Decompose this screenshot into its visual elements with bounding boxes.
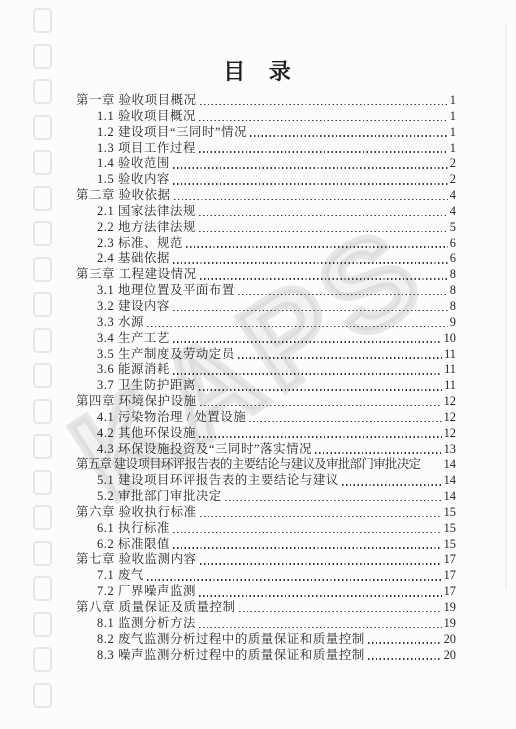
binding-ring	[33, 8, 52, 33]
toc-entry-label: 3.6 能源消耗	[97, 362, 170, 378]
toc-entry-label: 1.3 项目工作过程	[97, 141, 196, 157]
toc-entry: 第五章 建设项目环评报告表的主要结论与建议及审批部门审批决定14	[76, 457, 456, 473]
dot-leader	[239, 611, 442, 613]
toc-entry-label: 7.2 厂界噪声监测	[97, 584, 196, 600]
toc-entry: 3.2 建设内容8	[76, 299, 456, 315]
toc-entry-page-number: 15	[444, 505, 456, 521]
toc-entry-page-number: 6	[450, 251, 456, 267]
dot-leader	[199, 120, 448, 122]
toc-entry-label: 3.4 生产工艺	[97, 331, 170, 347]
toc-entry: 8.3 噪声监测分析过程中的质量保证和质量控制20	[76, 648, 456, 664]
toc-entry: 7.2 厂界噪声监测17	[76, 584, 456, 600]
dot-leader	[200, 405, 442, 407]
toc-entry: 1.1 验收项目概况1	[76, 109, 456, 125]
toc-entry: 1.5 验收内容2	[76, 172, 456, 188]
binding-ring	[33, 505, 52, 530]
toc-entry-label: 4.1 污染物治理 / 处置设施	[97, 410, 246, 426]
toc-entry: 第八章 质量保证及质量控制19	[76, 600, 456, 616]
binding-ring	[33, 683, 52, 708]
document-page: KAPS 目 录 第一章 验收项目概况11.1 验收项目概况11.2 建设项目“…	[0, 0, 516, 729]
dot-leader	[173, 167, 448, 169]
toc-entry-page-number: 14	[444, 473, 456, 489]
toc-entry-label: 第六章 验收执行标准	[76, 505, 197, 521]
dot-leader	[199, 215, 448, 217]
dot-leader	[199, 595, 442, 597]
toc-entry-label: 1.4 验收范围	[97, 156, 170, 172]
dot-leader	[173, 262, 448, 264]
toc-entry-label: 3.2 建设内容	[97, 299, 170, 315]
dot-leader	[200, 278, 448, 280]
toc-entry-label: 4.2 其他环保设施	[97, 426, 196, 442]
dot-leader	[199, 436, 442, 438]
toc-entry-page-number: 10	[444, 331, 456, 347]
toc-entry-label: 2.1 国家法律法规	[97, 204, 196, 220]
toc-entry: 3.3 水源9	[76, 315, 456, 331]
dot-leader	[200, 104, 448, 106]
toc-entry-page-number: 20	[444, 632, 456, 648]
toc-entry-page-number: 8	[450, 283, 456, 299]
binding-ring	[33, 647, 52, 672]
dot-leader	[173, 310, 448, 312]
dot-leader	[250, 135, 448, 137]
dot-leader	[200, 516, 442, 518]
toc-entry-page-number: 1	[450, 93, 456, 109]
toc-entry-label: 第一章 验收项目概况	[76, 93, 197, 109]
binding-ring	[33, 434, 52, 459]
toc-entry-label: 第八章 质量保证及质量控制	[76, 600, 236, 616]
toc-entry: 2.2 地方法律法规5	[76, 220, 456, 236]
dot-leader	[420, 472, 443, 474]
dot-leader	[368, 658, 442, 660]
toc-entry-label: 7.1 废气	[97, 568, 144, 584]
toc-entry-page-number: 14	[444, 457, 456, 473]
toc-entry-page-number: 11	[444, 347, 456, 363]
dot-leader	[238, 357, 442, 359]
dot-leader	[200, 563, 442, 565]
toc-entry: 3.7 卫生防护距离11	[76, 378, 456, 394]
binding-ring	[33, 150, 52, 175]
toc-entry-page-number: 17	[444, 584, 456, 600]
toc-entry-page-number: 12	[444, 426, 456, 442]
toc-entry-label: 1.1 验收项目概况	[97, 109, 196, 125]
toc-entry-page-number: 19	[444, 600, 456, 616]
toc-entry: 3.1 地理位置及平面布置8	[76, 283, 456, 299]
toc-entry-page-number: 1	[450, 125, 456, 141]
toc-entry-page-number: 4	[450, 188, 456, 204]
dot-leader	[199, 151, 448, 153]
toc-entry: 2.4 基础依据6	[76, 251, 456, 267]
toc-entry-page-number: 12	[444, 394, 456, 410]
toc-entry-page-number: 6	[450, 236, 456, 252]
toc-entry: 2.1 国家法律法规4	[76, 204, 456, 220]
toc-entry-page-number: 2	[450, 172, 456, 188]
dot-leader	[238, 294, 448, 296]
toc-entry: 1.3 项目工作过程1	[76, 141, 456, 157]
toc-entry-label: 4.3 环保设施投资及“三同时”落实情况	[97, 442, 312, 458]
toc-entry: 5.2 审批部门审批决定14	[76, 489, 456, 505]
toc-entry: 8.2 废气监测分析过程中的质量保证和质量控制20	[76, 632, 456, 648]
toc-entry: 6.2 标准限值15	[76, 537, 456, 553]
toc-entry-label: 5.2 审批部门审批决定	[97, 489, 222, 505]
binding-ring	[33, 470, 52, 495]
toc-entry: 2.3 标准、规范6	[76, 236, 456, 252]
toc-entry: 4.3 环保设施投资及“三同时”落实情况13	[76, 442, 456, 458]
binding-ring	[33, 363, 52, 388]
dot-leader	[173, 532, 442, 534]
toc-entry-label: 8.3 噪声监测分析过程中的质量保证和质量控制	[97, 648, 365, 664]
dot-leader	[199, 231, 448, 233]
toc-entry-label: 第五章 建设项目环评报告表的主要结论与建议及审批部门审批决定	[76, 457, 420, 473]
toc-entry-page-number: 8	[450, 267, 456, 283]
toc-entry-label: 5.1 建设项目环评报告表的主要结论与建议	[97, 473, 339, 489]
toc-entry: 1.2 建设项目“三同时”情况1	[76, 125, 456, 141]
toc-entry: 3.5 生产制度及劳动定员11	[76, 347, 456, 363]
dot-leader	[173, 547, 442, 549]
binding-ring	[33, 257, 52, 282]
toc-entry: 第七章 验收监测内容17	[76, 552, 456, 568]
toc-entry: 8.1 监测分析方法19	[76, 616, 456, 632]
toc-entry-page-number: 17	[444, 568, 456, 584]
toc-entry-label: 3.5 生产制度及劳动定员	[97, 347, 235, 363]
toc-entry-label: 第二章 验收依据	[76, 188, 171, 204]
toc-entry-label: 1.2 建设项目“三同时”情况	[97, 125, 247, 141]
toc-entry-label: 6.2 标准限值	[97, 537, 170, 553]
dot-leader	[173, 373, 442, 375]
binding-ring	[33, 612, 52, 637]
toc-entry-label: 第七章 验收监测内容	[76, 552, 197, 568]
dot-leader	[199, 389, 442, 391]
binding-ring	[33, 399, 52, 424]
toc-entry-page-number: 11	[444, 378, 456, 394]
toc-entry: 3.6 能源消耗11	[76, 362, 456, 378]
dot-leader	[174, 199, 448, 201]
dot-leader	[186, 246, 448, 248]
dot-leader	[368, 642, 442, 644]
dot-leader	[173, 341, 442, 343]
dot-leader	[315, 452, 442, 454]
toc-entry-page-number: 13	[444, 442, 456, 458]
toc-list: 第一章 验收项目概况11.1 验收项目概况11.2 建设项目“三同时”情况11.…	[76, 93, 456, 663]
toc-entry-page-number: 15	[444, 537, 456, 553]
toc-entry-page-number: 8	[450, 299, 456, 315]
dot-leader	[342, 484, 442, 486]
toc-entry: 6.1 执行标准15	[76, 521, 456, 537]
toc-entry-label: 2.2 地方法律法规	[97, 220, 196, 236]
toc-entry-page-number: 15	[444, 521, 456, 537]
dot-leader	[173, 183, 448, 185]
toc-entry-page-number: 5	[450, 220, 456, 236]
toc-entry-page-number: 12	[444, 410, 456, 426]
toc-entry-label: 第三章 工程建设情况	[76, 267, 197, 283]
toc-entry: 1.4 验收范围2	[76, 156, 456, 172]
toc-entry: 第三章 工程建设情况8	[76, 267, 456, 283]
toc-entry: 第二章 验收依据4	[76, 188, 456, 204]
binding-ring	[33, 115, 52, 140]
toc-entry-page-number: 9	[450, 315, 456, 331]
binding-ring	[33, 221, 52, 246]
binding-marks	[0, 0, 60, 729]
toc-entry-label: 3.3 水源	[97, 315, 144, 331]
toc-entry-label: 8.2 废气监测分析过程中的质量保证和质量控制	[97, 632, 365, 648]
toc-entry-page-number: 1	[450, 109, 456, 125]
toc-entry-page-number: 17	[444, 552, 456, 568]
dot-leader	[249, 421, 441, 423]
binding-ring	[33, 576, 52, 601]
toc-entry: 5.1 建设项目环评报告表的主要结论与建议14	[76, 473, 456, 489]
binding-ring	[33, 541, 52, 566]
toc-entry: 第六章 验收执行标准15	[76, 505, 456, 521]
toc-entry-page-number: 19	[444, 616, 456, 632]
toc-entry: 4.2 其他环保设施12	[76, 426, 456, 442]
binding-ring	[33, 292, 52, 317]
toc-entry-page-number: 4	[450, 204, 456, 220]
dot-leader	[147, 579, 442, 581]
toc-entry: 3.4 生产工艺10	[76, 331, 456, 347]
toc-entry-label: 3.7 卫生防护距离	[97, 378, 196, 394]
toc-entry: 第四章 环境保护设施12	[76, 394, 456, 410]
binding-ring	[33, 328, 52, 353]
binding-ring	[33, 186, 52, 211]
toc-entry-page-number: 1	[450, 141, 456, 157]
toc-entry: 4.1 污染物治理 / 处置设施12	[76, 410, 456, 426]
toc-entry: 7.1 废气17	[76, 568, 456, 584]
page-edge-shadow	[505, 25, 507, 589]
toc-entry-label: 2.3 标准、规范	[97, 236, 183, 252]
toc-entry-page-number: 11	[444, 362, 456, 378]
toc-entry-label: 8.1 监测分析方法	[97, 616, 196, 632]
toc-entry-label: 2.4 基础依据	[97, 251, 170, 267]
dot-leader	[225, 500, 442, 502]
toc-entry-label: 1.5 验收内容	[97, 172, 170, 188]
toc-entry-label: 3.1 地理位置及平面布置	[97, 283, 235, 299]
toc-entry-page-number: 14	[444, 489, 456, 505]
toc-entry-label: 第四章 环境保护设施	[76, 394, 197, 410]
dot-leader	[147, 326, 448, 328]
toc-entry-page-number: 20	[444, 648, 456, 664]
dot-leader	[199, 627, 442, 629]
toc-entry: 第一章 验收项目概况1	[76, 93, 456, 109]
toc-entry-label: 6.1 执行标准	[97, 521, 170, 537]
page-title: 目 录	[0, 55, 516, 86]
toc-entry-page-number: 2	[450, 156, 456, 172]
